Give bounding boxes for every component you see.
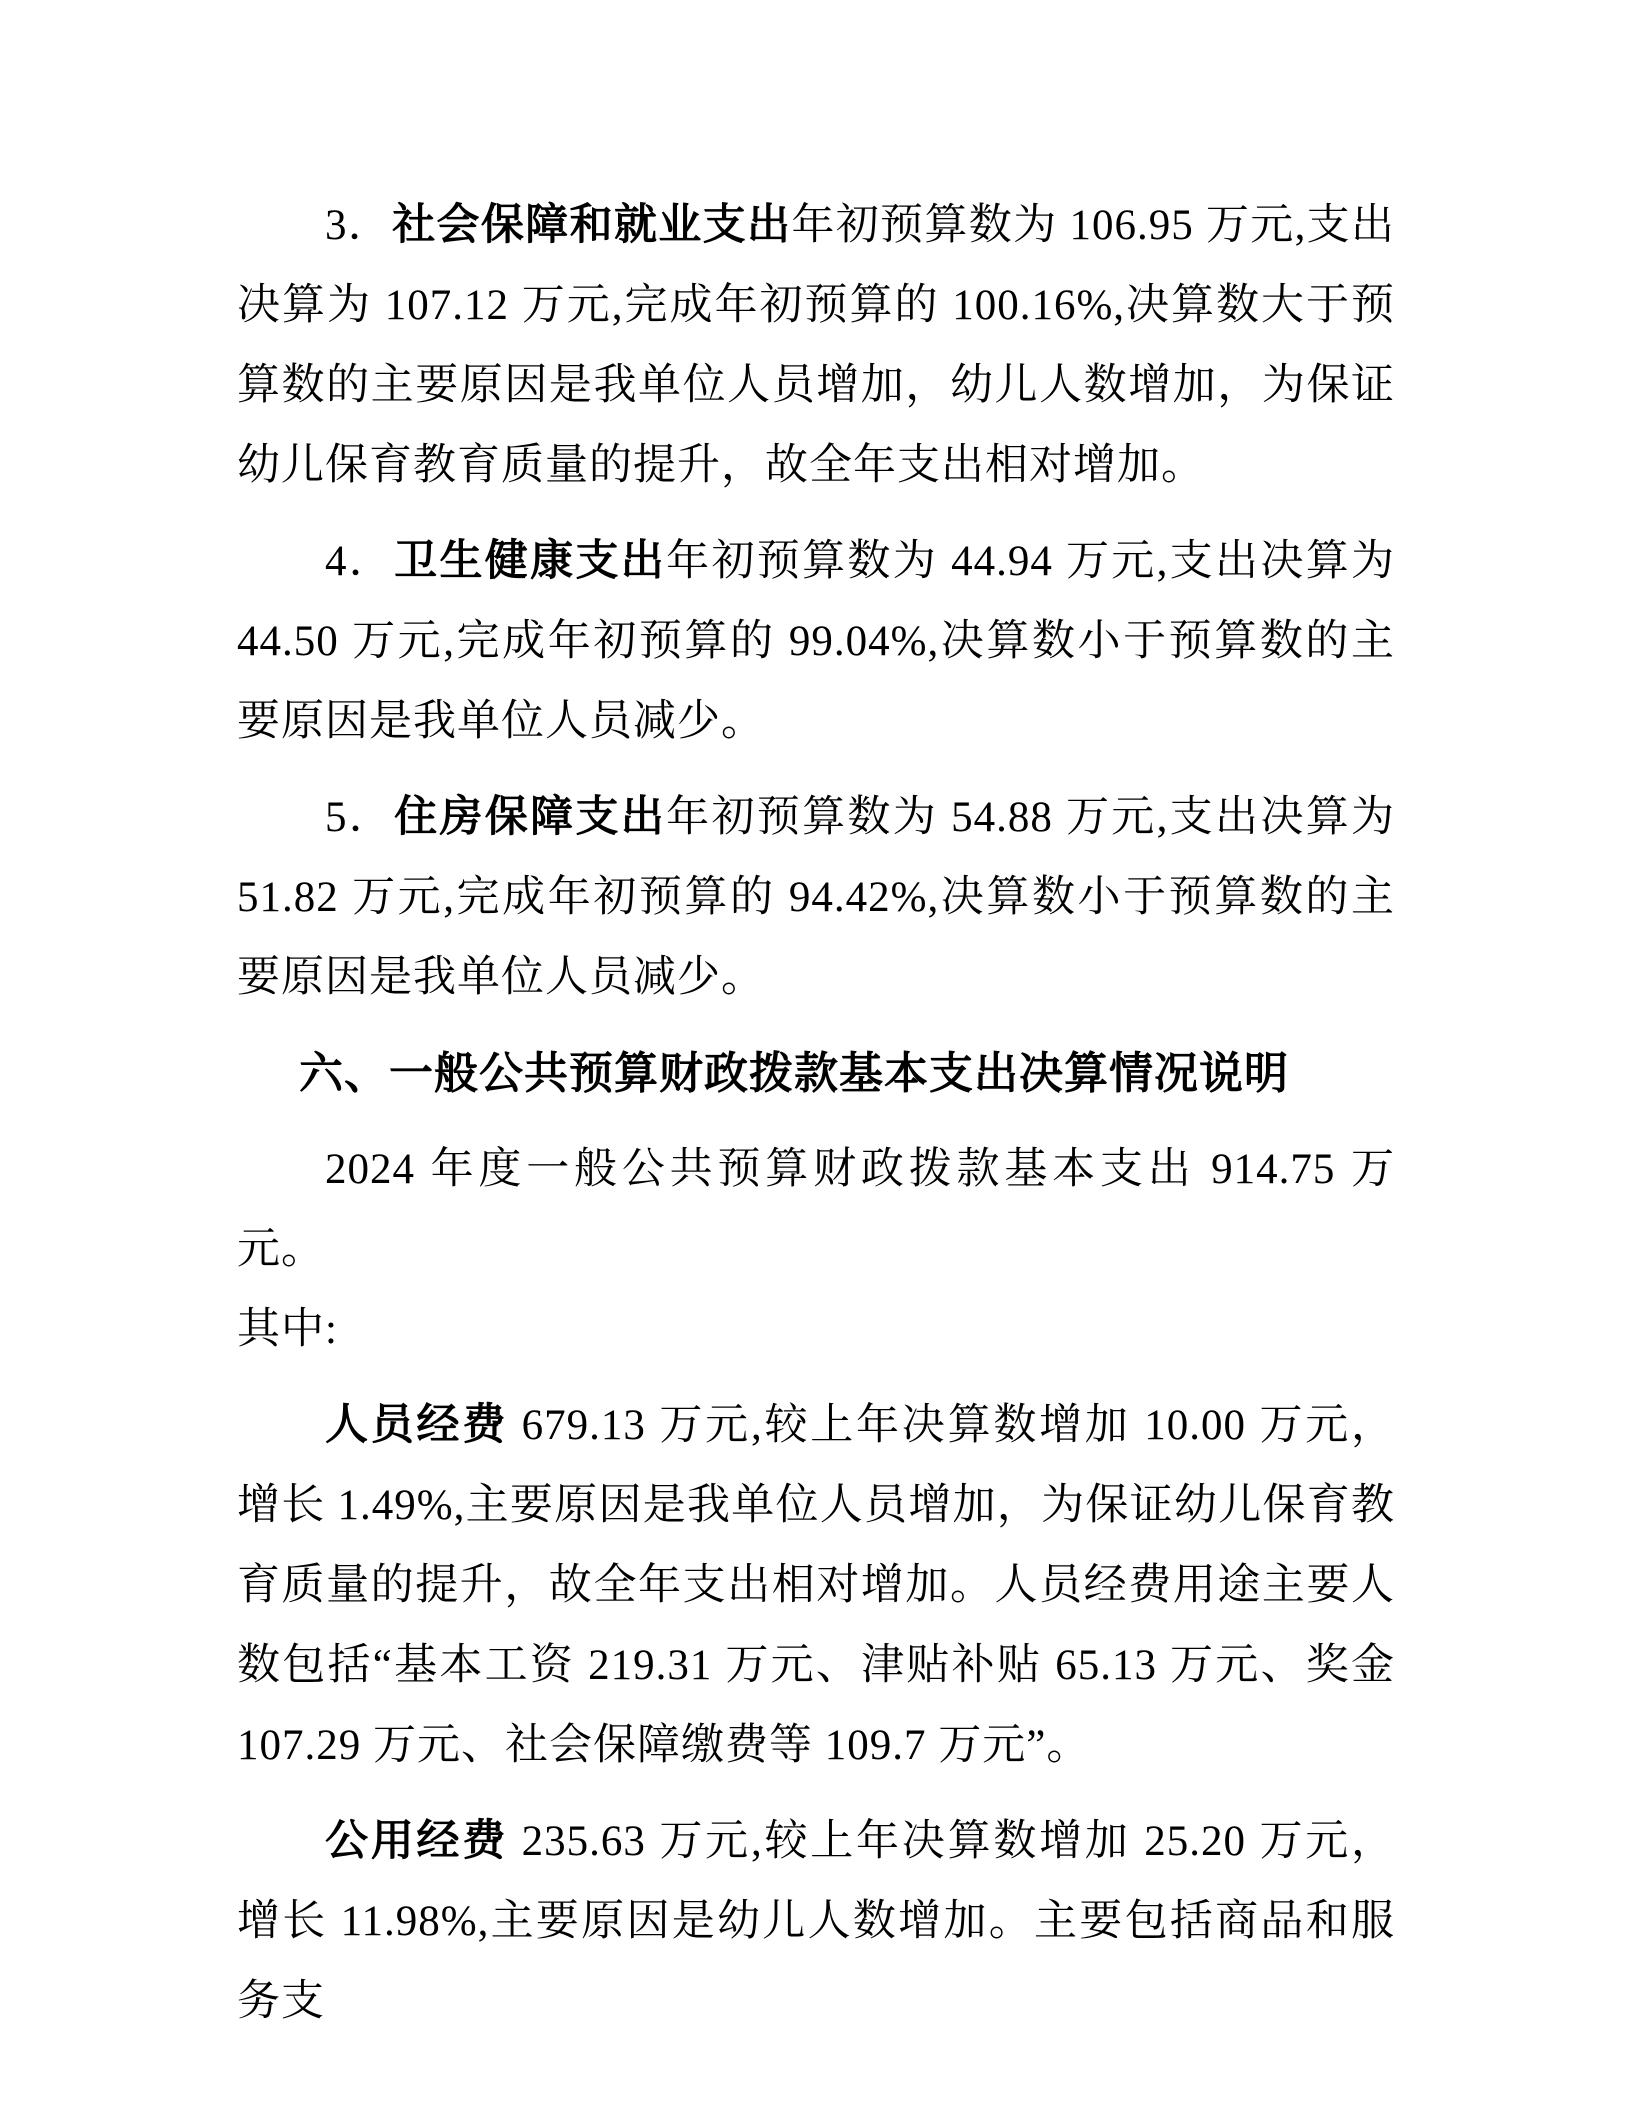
item-title: 人员经费 [325,1402,508,1449]
item-number: 3． [325,202,392,249]
paragraph-housing-expenditure: 5．住房保障支出年初预算数为 54.88 万元,支出决算为 51.82 万元,完… [237,778,1395,1018]
item-title: 公用经费 [325,1818,508,1865]
paragraph-personnel-funds: 人员经费 679.13 万元,较上年决算数增加 10.00 万元，增长 1.49… [237,1386,1395,1786]
among-which-label: 其中: [237,1306,338,1353]
item-body: 679.13 万元,较上年决算数增加 10.00 万元，增长 1.49%,主要原… [237,1402,1395,1769]
paragraph-basic-expenditure-total: 2024 年度一般公共预算财政拨款基本支出 914.75 万元。 其中: [237,1130,1395,1370]
paragraph-social-security-expenditure: 3．社会保障和就业支出年初预算数为 106.95 万元,支出决算为 107.12… [237,186,1395,506]
item-title: 住房保障支出 [394,794,666,841]
document-page: 3．社会保障和就业支出年初预算数为 106.95 万元,支出决算为 107.12… [0,0,1632,2112]
item-number: 5． [325,794,394,841]
total-line: 2024 年度一般公共预算财政拨款基本支出 914.75 万元。 [237,1146,1395,1273]
paragraph-public-funds: 公用经费 235.63 万元,较上年决算数增加 25.20 万元，增长 11.9… [237,1802,1395,2042]
item-number: 4． [325,538,394,585]
paragraph-health-expenditure: 4．卫生健康支出年初预算数为 44.94 万元,支出决算为 44.50 万元,完… [237,522,1395,762]
section-heading: 六、一般公共预算财政拨款基本支出决算情况说明 [237,1034,1395,1114]
item-title: 社会保障和就业支出 [392,202,791,249]
item-title: 卫生健康支出 [394,538,666,585]
